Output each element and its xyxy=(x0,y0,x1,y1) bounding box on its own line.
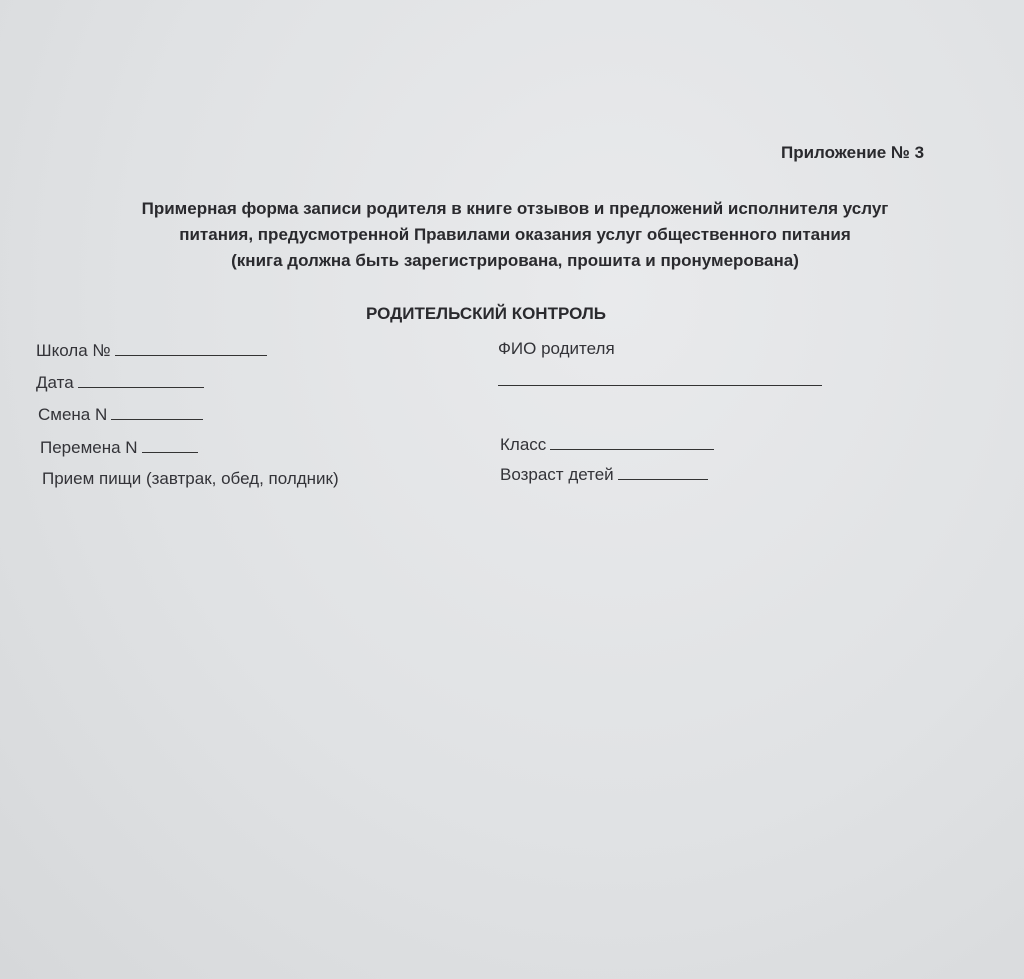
children-age-label: Возраст детей xyxy=(500,465,614,484)
intro-text: Примерная форма записи родителя в книге … xyxy=(40,196,990,274)
break-blank[interactable] xyxy=(142,451,198,453)
break-field: Перемена N xyxy=(40,438,198,458)
meal-field: Прием пищи (завтрак, обед, полдник) xyxy=(42,469,339,489)
parent-name-label: ФИО родителя xyxy=(498,339,615,358)
parent-name-field: ФИО родителя xyxy=(498,339,615,359)
appendix-label: Приложение № 3 xyxy=(781,143,924,163)
date-label: Дата xyxy=(36,373,74,392)
intro-line-3: (книга должна быть зарегистрирована, про… xyxy=(40,248,990,274)
school-blank[interactable] xyxy=(115,354,267,356)
parent-name-blank[interactable] xyxy=(498,385,822,386)
date-blank[interactable] xyxy=(78,386,204,388)
shift-blank[interactable] xyxy=(111,418,203,420)
class-field: Класс xyxy=(500,435,714,455)
class-blank[interactable] xyxy=(550,448,714,450)
shift-label: Смена N xyxy=(38,405,107,424)
break-label: Перемена N xyxy=(40,438,138,457)
intro-line-1: Примерная форма записи родителя в книге … xyxy=(40,196,990,222)
form-title: РОДИТЕЛЬСКИЙ КОНТРОЛЬ xyxy=(366,304,606,324)
school-label: Школа № xyxy=(36,341,111,360)
date-field: Дата xyxy=(36,373,204,393)
shift-field: Смена N xyxy=(38,405,203,425)
children-age-blank[interactable] xyxy=(618,478,708,480)
children-age-field: Возраст детей xyxy=(500,465,708,485)
meal-label: Прием пищи (завтрак, обед, полдник) xyxy=(42,469,339,488)
class-label: Класс xyxy=(500,435,546,454)
intro-line-2: питания, предусмотренной Правилами оказа… xyxy=(40,222,990,248)
school-field: Школа № xyxy=(36,341,267,361)
